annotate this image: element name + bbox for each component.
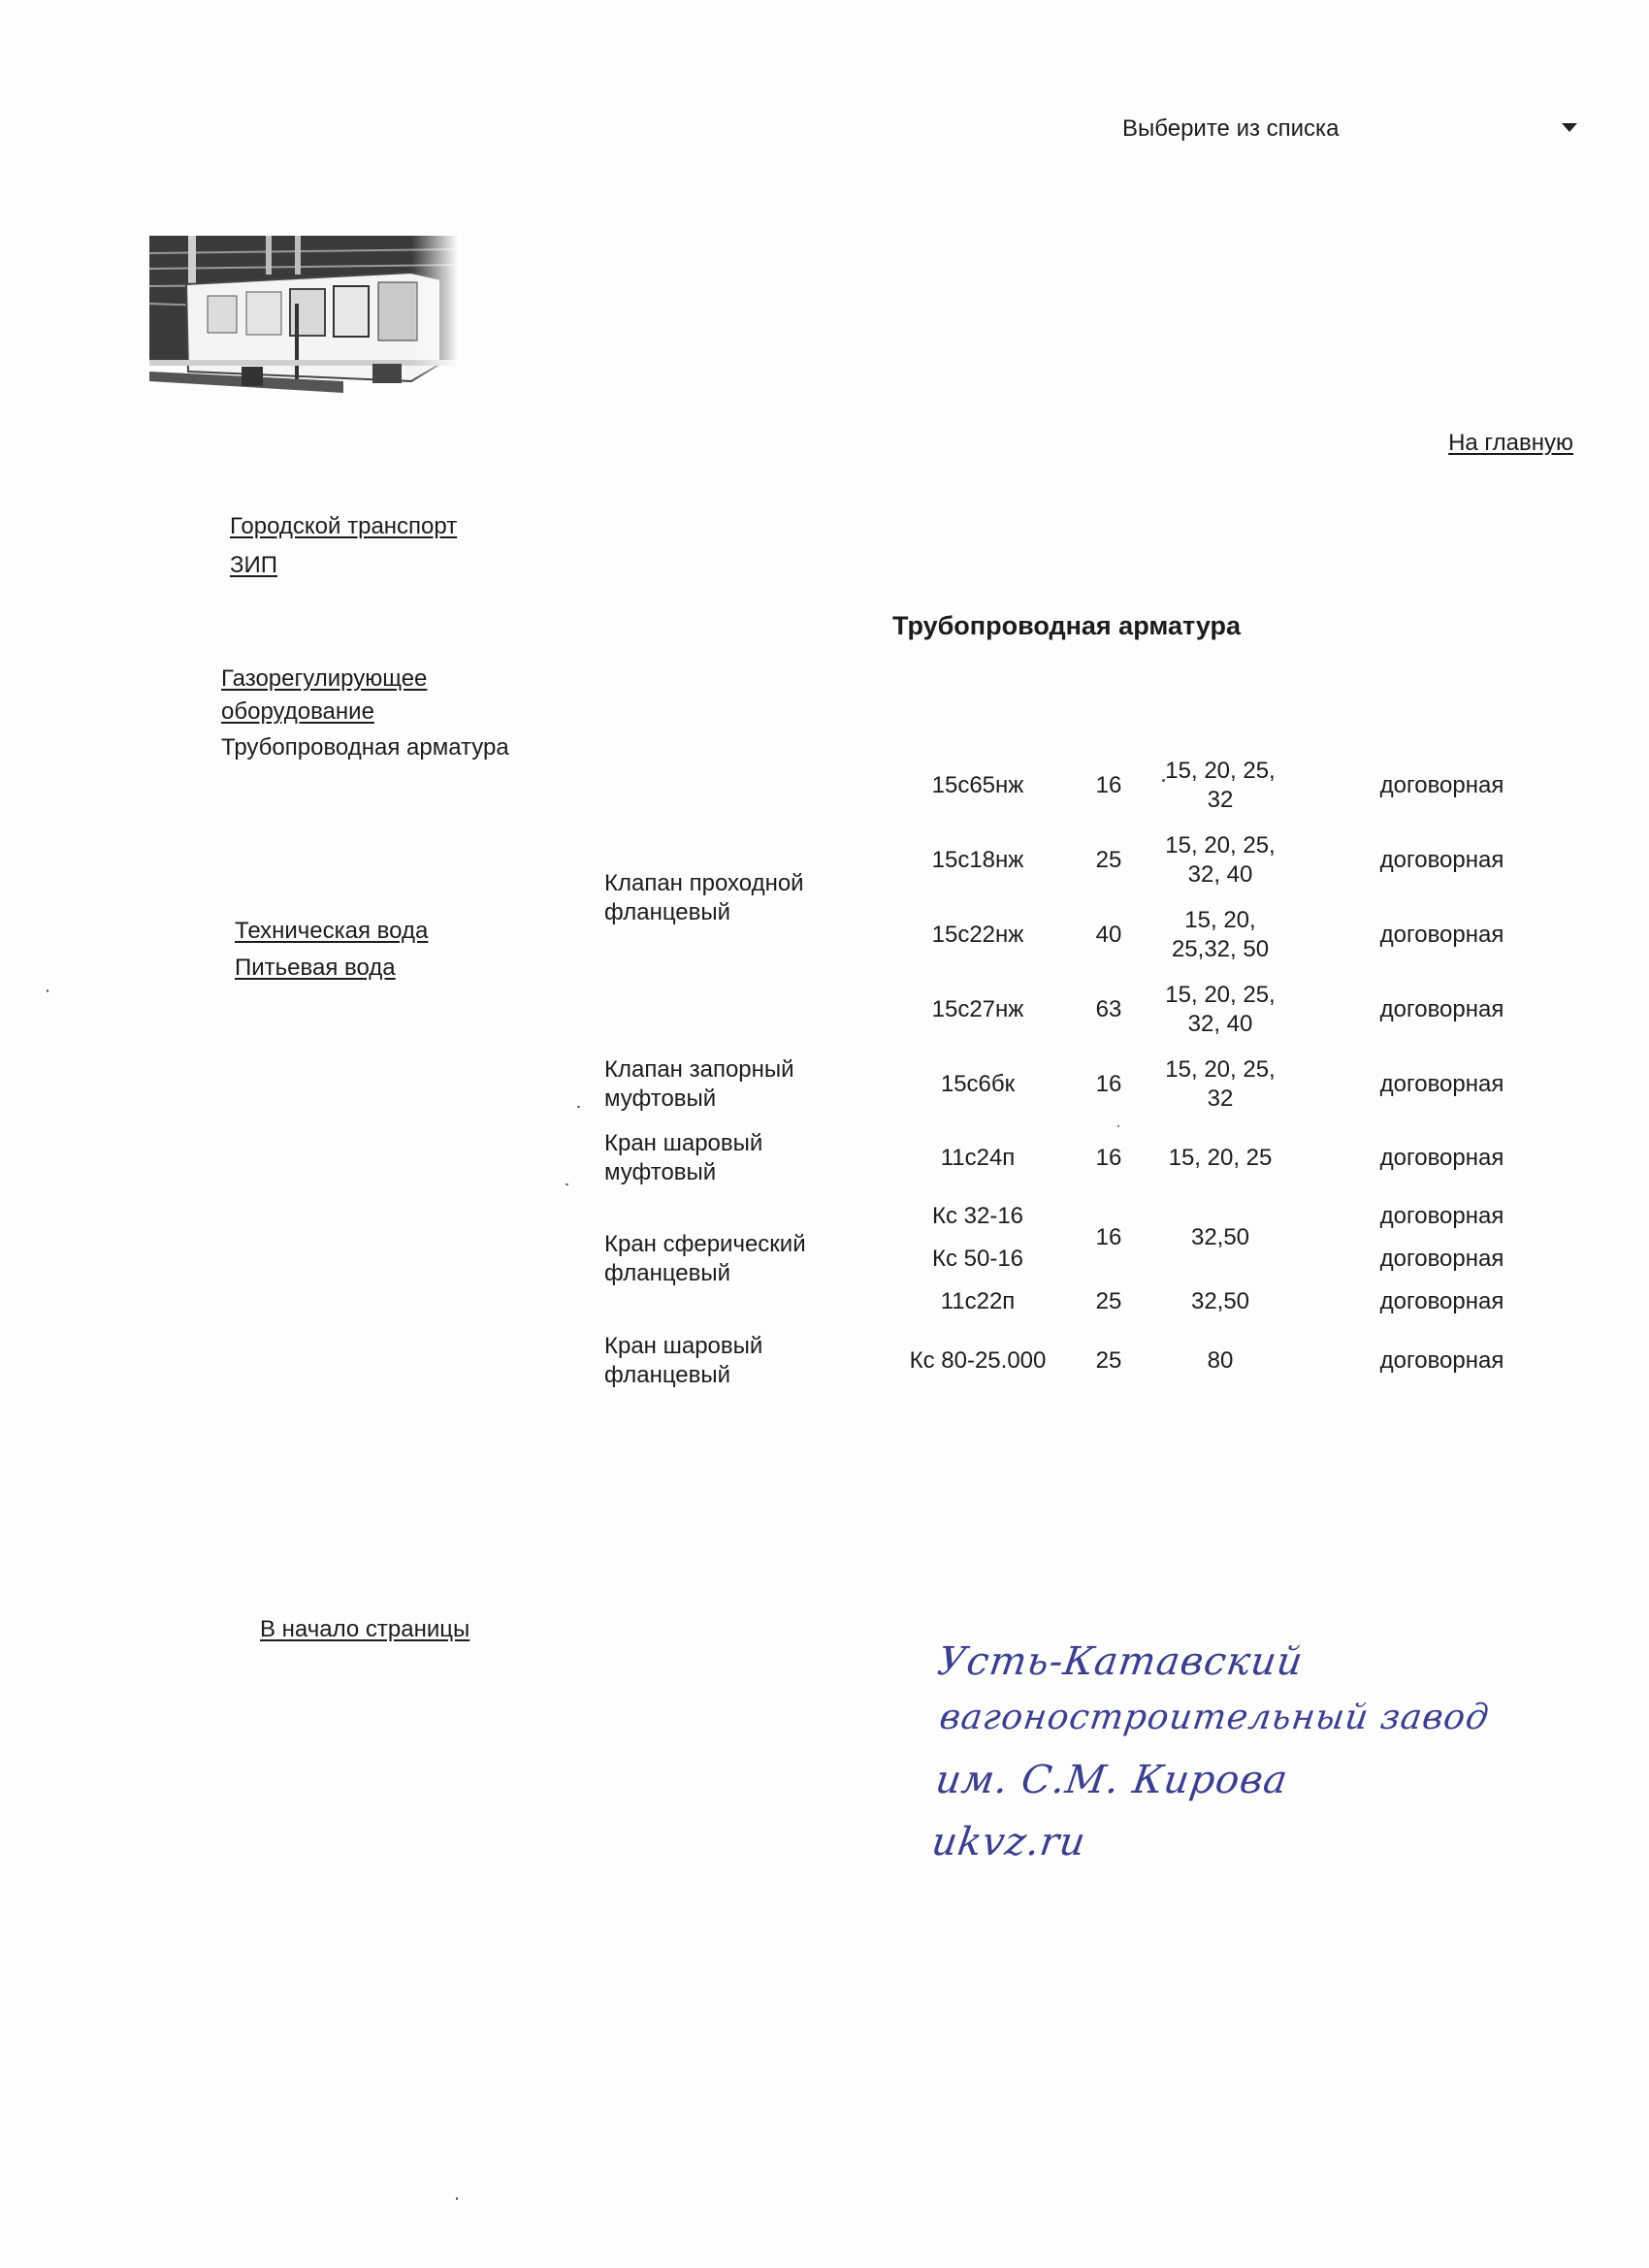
product-model: 15с18нж (886, 823, 1070, 897)
back-to-top-link[interactable]: В начало страницы (260, 1615, 469, 1644)
product-dn: 80 (1148, 1323, 1293, 1399)
sidebar-item-gas-equipment[interactable]: Газорегулирующее оборудование (221, 663, 427, 729)
category-dropdown[interactable]: Выберите из списка (1115, 112, 1581, 146)
sidebar-item-pipeline-fittings: Трубопроводная арматура (221, 733, 509, 762)
product-model: 11с24п (886, 1121, 1070, 1195)
scan-speck (1162, 779, 1165, 782)
product-table: Клапан проходнойфланцевый 15с65нж 16 15,… (582, 749, 1591, 1399)
tram-image (149, 236, 458, 401)
product-price: договорная (1293, 1195, 1591, 1238)
table-row: Кран сферическийфланцевый Кс 32-16 16 32… (582, 1195, 1591, 1238)
product-pn: 16 (1070, 1047, 1148, 1121)
product-pn: 25 (1070, 1323, 1148, 1399)
product-pn: 25 (1070, 823, 1148, 897)
home-link[interactable]: На главную (1448, 429, 1573, 458)
handwritten-line: им. С.М. Кирова (933, 1758, 1291, 1802)
product-model: 15с27нж (886, 972, 1070, 1047)
handwritten-note: Усть-Катавский вагоностроительный завод … (926, 1639, 1450, 1882)
product-pn: 16 (1070, 749, 1148, 823)
scan-speck (456, 2197, 458, 2200)
table-row: Кран шаровыймуфтовый 11с24п 16 15, 20, 2… (582, 1121, 1591, 1195)
product-name: Клапан проходнойфланцевый (582, 749, 886, 1047)
scan-speck (1117, 1125, 1119, 1127)
handwritten-line: вагоностроительный завод (937, 1698, 1492, 1737)
product-model: 15с65нж (886, 749, 1070, 823)
product-model: Кс 32-16 (886, 1195, 1070, 1238)
product-dn: 15, 20, 25,32 (1148, 749, 1293, 823)
product-price: договорная (1293, 1121, 1591, 1195)
dropdown-selected-value: Выберите из списка (1122, 115, 1339, 143)
product-price: договорная (1293, 749, 1591, 823)
sidebar-item-drinking-water[interactable]: Питьевая вода (235, 954, 396, 983)
product-dn: 15, 20, 25,32, 40 (1148, 972, 1293, 1047)
product-price: договорная (1293, 1047, 1591, 1121)
sidebar-item-technical-water[interactable]: Техническая вода (235, 917, 428, 946)
product-name: Кран шаровыймуфтовый (582, 1121, 886, 1195)
product-price: договорная (1293, 823, 1591, 897)
product-model: 15с22нж (886, 897, 1070, 972)
table-row: Клапан проходнойфланцевый 15с65нж 16 15,… (582, 749, 1591, 823)
product-model: Кс 80-25.000 (886, 1323, 1070, 1399)
scan-speck (577, 1106, 580, 1108)
scan-speck (47, 989, 48, 992)
product-pn: 63 (1070, 972, 1148, 1047)
product-dn: 15, 20, 25 (1148, 1121, 1293, 1195)
product-price: договорная (1293, 897, 1591, 972)
product-name: Кран шаровыйфланцевый (582, 1323, 886, 1399)
nav-link-spare-parts[interactable]: ЗИП (230, 551, 277, 580)
scan-speck (566, 1183, 568, 1185)
product-dn: 32,50 (1148, 1195, 1293, 1280)
sidebar-item-label-line2: оборудование (221, 698, 374, 725)
page-title: Трубопроводная арматура (892, 609, 1241, 642)
product-pn: 40 (1070, 897, 1148, 972)
product-dn: 15, 20, 25,32, 40 (1148, 823, 1293, 897)
nav-link-city-transport[interactable]: Городской транспорт (230, 512, 457, 541)
product-name: Клапан запорныймуфтовый (582, 1047, 886, 1121)
product-price: договорная (1293, 1280, 1591, 1323)
product-model: 11с22п (886, 1280, 1070, 1323)
caret-down-icon[interactable] (1562, 123, 1577, 132)
product-price: договорная (1293, 1323, 1591, 1399)
product-dn: 15, 20, 25,32 (1148, 1047, 1293, 1121)
product-model: Кс 50-16 (886, 1238, 1070, 1280)
product-price: договорная (1293, 1238, 1591, 1280)
product-model: 15с6бк (886, 1047, 1070, 1121)
table-row: Кран шаровыйфланцевый Кс 80-25.000 25 80… (582, 1323, 1591, 1399)
product-pn: 16 (1070, 1195, 1148, 1280)
product-price: договорная (1293, 972, 1591, 1047)
table-row: Клапан запорныймуфтовый 15с6бк 16 15, 20… (582, 1047, 1591, 1121)
sidebar-item-label-line1: Газорегулирующее (221, 665, 427, 692)
product-pn: 16 (1070, 1121, 1148, 1195)
product-dn: 15, 20,25,32, 50 (1148, 897, 1293, 972)
product-name: Кран сферическийфланцевый (582, 1195, 886, 1323)
handwritten-line: ukvz.ru (929, 1820, 1089, 1864)
product-dn: 32,50 (1148, 1280, 1293, 1323)
handwritten-line: Усть-Катавский (935, 1639, 1307, 1684)
product-pn: 25 (1070, 1280, 1148, 1323)
